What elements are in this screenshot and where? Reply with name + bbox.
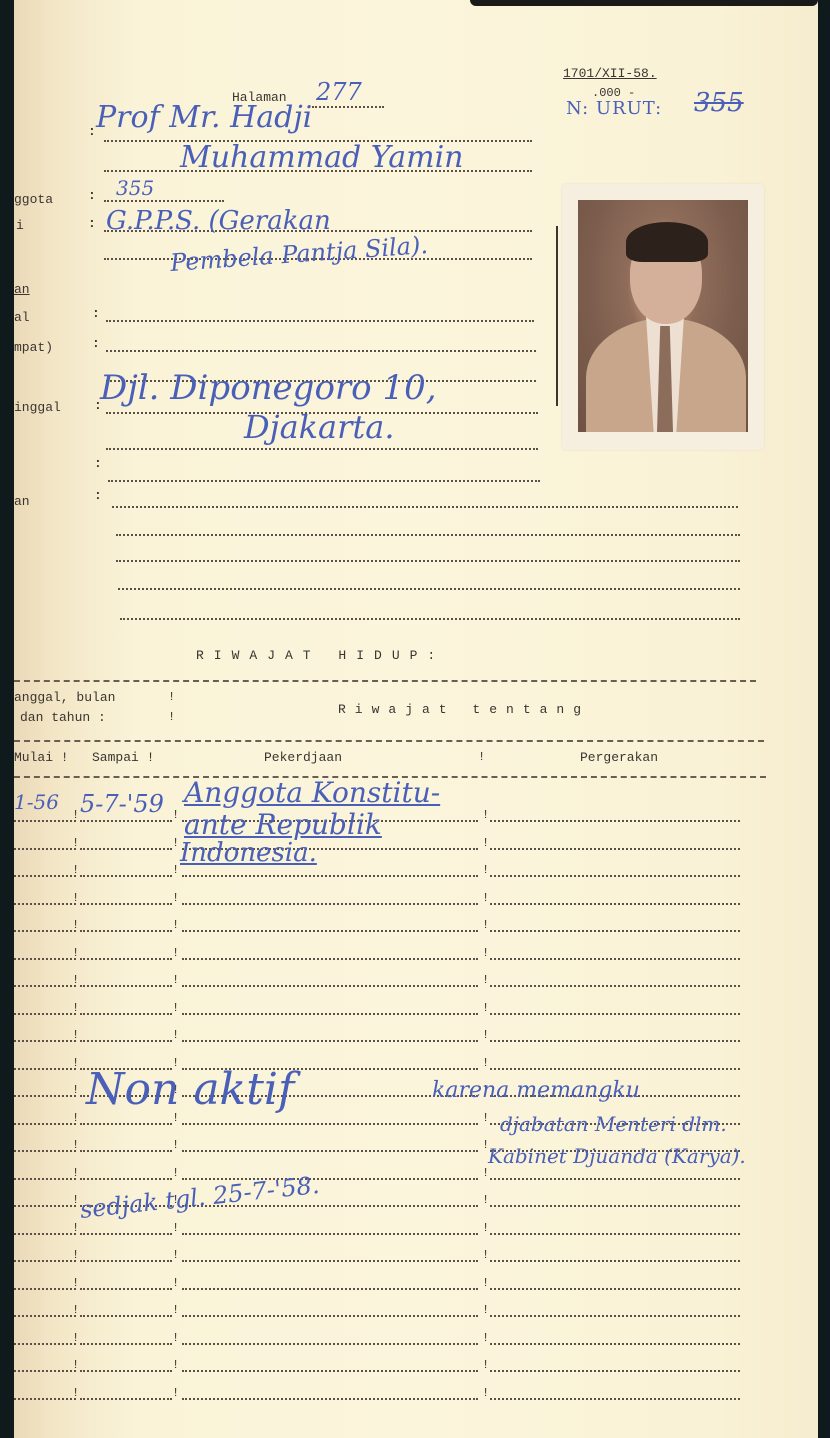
table-row-line — [490, 1370, 740, 1372]
table-row-line — [490, 1205, 740, 1207]
table-row-line — [14, 1205, 76, 1207]
column-separator: ! — [172, 973, 179, 987]
column-separator: ! — [482, 1221, 489, 1235]
table-row-line — [80, 985, 172, 987]
margin-label: mpat) — [14, 340, 53, 355]
field-line — [120, 618, 740, 620]
column-separator: ! — [482, 1111, 489, 1125]
column-separator: ! — [482, 836, 489, 850]
table-row-line — [80, 1013, 172, 1015]
column-separator: ! — [482, 1303, 489, 1317]
table-row-line — [14, 903, 76, 905]
column-separator: ! — [168, 690, 175, 704]
column-separator: ! — [172, 1166, 179, 1180]
table-row-line — [80, 1040, 172, 1042]
column-separator: ! — [172, 1331, 179, 1345]
page-number: 277 — [316, 78, 362, 106]
column-separator: ! — [72, 836, 79, 850]
table-row-line — [14, 930, 76, 932]
table-row-line — [14, 1013, 76, 1015]
column-separator: ! — [72, 891, 79, 905]
section-title: RIWAJAT HIDUP: — [196, 648, 445, 663]
column-separator: ! — [482, 1056, 489, 1070]
field-colon: : — [92, 336, 100, 351]
table-row-line — [182, 1123, 478, 1125]
column-separator: ! — [482, 1193, 489, 1207]
portrait-photo-card — [562, 184, 764, 450]
table-row-line — [490, 1288, 740, 1290]
column-separator: ! — [172, 891, 179, 905]
name-line-2: Muhammad Yamin — [180, 140, 464, 175]
field-line — [108, 480, 540, 482]
col-start-header: Mulai ! — [14, 750, 69, 765]
column-separator: ! — [72, 1028, 79, 1042]
column-separator: ! — [482, 1028, 489, 1042]
column-separator: ! — [72, 863, 79, 877]
row-job-line-3: Indonesia. — [180, 838, 317, 868]
column-separator: ! — [172, 1138, 179, 1152]
column-separator: ! — [72, 1303, 79, 1317]
table-row-line — [490, 848, 740, 850]
field-colon: : — [94, 488, 102, 503]
table-row-line — [490, 1068, 740, 1070]
table-row-line — [80, 958, 172, 960]
table-row-line — [80, 903, 172, 905]
table-row-line — [182, 930, 478, 932]
margin-label: an — [14, 282, 30, 297]
table-row-line — [80, 1123, 172, 1125]
column-separator: ! — [482, 1386, 489, 1400]
table-row-line — [14, 1178, 76, 1180]
column-separator: ! — [168, 710, 175, 724]
table-row-line — [14, 820, 76, 822]
table-row-line — [182, 1398, 478, 1400]
history-header: Riwajat tentang — [338, 702, 590, 717]
table-row-line — [14, 1233, 76, 1235]
table-row-line — [182, 875, 478, 877]
field-line — [106, 320, 534, 322]
photo-margin-bar — [556, 226, 558, 406]
field-line — [104, 200, 224, 202]
table-row-line — [182, 1260, 478, 1262]
column-separator: ! — [72, 1138, 79, 1152]
table-row-line — [14, 958, 76, 960]
column-separator: ! — [72, 918, 79, 932]
column-separator: ! — [72, 1248, 79, 1262]
column-separator: ! — [72, 1221, 79, 1235]
table-row-line — [490, 875, 740, 877]
portrait-photo — [578, 200, 748, 432]
col-end-header: Sampai ! — [92, 750, 154, 765]
column-separator: ! — [482, 1166, 489, 1180]
column-separator: ! — [172, 946, 179, 960]
table-row-line — [14, 1370, 76, 1372]
table-row-line — [80, 820, 172, 822]
column-separator: ! — [482, 918, 489, 932]
table-row-line — [80, 1370, 172, 1372]
table-row-line — [14, 1398, 76, 1400]
address-line-1: Djl. Diponegoro 10, — [100, 368, 437, 408]
column-separator: ! — [72, 808, 79, 822]
urut-label: N: URUT: — [566, 98, 662, 119]
field-line — [116, 560, 740, 562]
row-job-line-2: ante Republik — [184, 808, 382, 841]
table-row-line — [80, 848, 172, 850]
table-row-line — [14, 1150, 76, 1152]
column-separator: ! — [482, 1248, 489, 1262]
table-row-line — [14, 1040, 76, 1042]
column-separator: ! — [172, 1248, 179, 1262]
column-separator: ! — [72, 1083, 79, 1097]
margin-label: inggal — [14, 400, 61, 415]
column-separator: ! — [172, 1303, 179, 1317]
field-line — [106, 448, 538, 450]
date-header-line-1: anggal, bulan — [14, 690, 115, 705]
table-row-line — [182, 1288, 478, 1290]
field-colon: : — [94, 456, 102, 471]
col-movement-header: Pergerakan — [580, 750, 658, 765]
column-separator: ! — [72, 1386, 79, 1400]
table-row-line — [490, 820, 740, 822]
table-row-line — [490, 1260, 740, 1262]
table-row-line — [14, 848, 76, 850]
column-separator: ! — [482, 1331, 489, 1345]
table-row-line — [80, 1398, 172, 1400]
field-colon: : — [92, 306, 100, 321]
field-line — [116, 534, 740, 536]
table-row-line — [490, 930, 740, 932]
member-number: 355 — [116, 176, 154, 200]
reference-number: 1701/XII-58. — [563, 66, 657, 81]
margin-label: ggota — [14, 192, 53, 207]
column-separator: ! — [482, 808, 489, 822]
table-row-line — [490, 1013, 740, 1015]
table-row-line — [490, 903, 740, 905]
table-row-line — [14, 1343, 76, 1345]
field-line — [106, 350, 536, 352]
reason-line-1: karena memangku — [432, 1078, 640, 1103]
table-row-line — [490, 958, 740, 960]
column-separator: ! — [72, 1056, 79, 1070]
field-line — [112, 506, 738, 508]
table-row-line — [182, 985, 478, 987]
column-separator: ! — [72, 1111, 79, 1125]
table-row-line — [14, 1315, 76, 1317]
table-row-line — [80, 1288, 172, 1290]
table-row-line — [490, 1398, 740, 1400]
table-row-line — [80, 1260, 172, 1262]
table-row-line — [182, 1370, 478, 1372]
column-separator: ! — [72, 1001, 79, 1015]
table-row-line — [490, 1343, 740, 1345]
urut-value: 355 — [694, 88, 744, 118]
table-row-line — [182, 1315, 478, 1317]
table-row-line — [14, 875, 76, 877]
table-row-line — [80, 1150, 172, 1152]
table-row-line — [14, 1123, 76, 1125]
reason-line-2: djabatan Menteri dlm. — [500, 1112, 727, 1136]
table-row-line — [182, 1040, 478, 1042]
field-colon: : — [88, 124, 96, 139]
fraction-line-1: G.P.P.S. (Gerakan — [106, 206, 331, 236]
column-separator: ! — [482, 891, 489, 905]
table-row-line — [80, 930, 172, 932]
column-separator: ! — [482, 973, 489, 987]
table-row-line — [490, 1178, 740, 1180]
field-colon: : — [88, 188, 96, 203]
table-rule — [14, 680, 756, 682]
table-row-line — [182, 1150, 478, 1152]
column-separator: ! — [72, 946, 79, 960]
table-row-line — [182, 1343, 478, 1345]
row-end-date: 5-7-'59 — [80, 790, 164, 818]
column-separator: ! — [172, 918, 179, 932]
table-row-line — [182, 903, 478, 905]
table-row-line — [182, 958, 478, 960]
column-separator: ! — [172, 1358, 179, 1372]
column-separator: ! — [172, 1001, 179, 1015]
row-job-line-1: Anggota Konstitu- — [184, 776, 440, 809]
margin-label: i — [16, 218, 24, 233]
column-separator: ! — [72, 1358, 79, 1372]
photo-hair — [626, 222, 708, 262]
table-row-line — [80, 1315, 172, 1317]
name-line-1: Prof Mr. Hadji — [96, 100, 312, 135]
table-row-line — [80, 1233, 172, 1235]
status-note: Non aktif — [86, 1064, 294, 1115]
table-row-line — [182, 1013, 478, 1015]
column-separator: ! — [172, 836, 179, 850]
table-row-line — [490, 1233, 740, 1235]
field-colon: : — [88, 216, 96, 231]
column-separator: ! — [172, 863, 179, 877]
margin-label: al — [14, 310, 30, 325]
table-row-line — [490, 985, 740, 987]
column-separator: ! — [72, 1166, 79, 1180]
table-row-line — [80, 1343, 172, 1345]
date-header-line-2: dan tahun : — [20, 710, 106, 725]
table-row-line — [14, 1288, 76, 1290]
column-separator: ! — [72, 973, 79, 987]
address-line-2: Djakarta. — [244, 408, 395, 446]
column-separator: ! — [172, 1386, 179, 1400]
table-row-line — [14, 1260, 76, 1262]
column-separator: ! — [478, 750, 485, 764]
table-row-line — [182, 1233, 478, 1235]
column-separator: ! — [72, 1331, 79, 1345]
row-start-date: 1-56 — [14, 790, 59, 814]
table-row-line — [14, 1095, 76, 1097]
column-separator: ! — [482, 946, 489, 960]
column-separator: ! — [172, 1276, 179, 1290]
table-rule — [14, 740, 764, 742]
table-row-line — [14, 985, 76, 987]
table-row-line — [490, 1040, 740, 1042]
table-row-line — [80, 1178, 172, 1180]
margin-label: an — [14, 494, 30, 509]
column-separator: ! — [172, 808, 179, 822]
column-separator: ! — [72, 1276, 79, 1290]
column-separator: ! — [482, 1001, 489, 1015]
table-row-line — [490, 1315, 740, 1317]
column-separator: ! — [482, 1358, 489, 1372]
column-separator: ! — [172, 1221, 179, 1235]
field-line — [118, 588, 740, 590]
column-separator: ! — [482, 863, 489, 877]
reason-line-3: Kabinet Djuanda (Karya). — [488, 1144, 746, 1168]
col-job-header: Pekerdjaan — [264, 750, 342, 765]
column-separator: ! — [482, 1276, 489, 1290]
page-edge — [818, 0, 830, 1438]
page-number-line — [312, 106, 384, 108]
page-shadow — [470, 0, 818, 6]
column-separator: ! — [172, 1028, 179, 1042]
table-row-line — [80, 875, 172, 877]
table-row-line — [14, 1068, 76, 1070]
